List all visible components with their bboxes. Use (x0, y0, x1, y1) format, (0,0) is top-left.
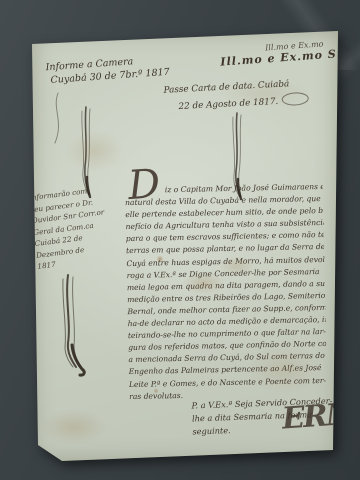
honorific-address: Ill.mo e Ex.mo Ill.mo e Ex.mo Snr. (219, 39, 324, 68)
top-left-annotation: Informe a Camera Cuyabá 30 de 7br.º 1817 (45, 53, 170, 88)
paraph-flourish-icon (280, 90, 311, 108)
erm-signature-flourish: ERM (281, 396, 358, 436)
dispatch-note: Passe Carta de data. Cuiabá 22 de Agosto… (163, 77, 310, 115)
manuscript-photo: Informe a Camera Cuyabá 30 de 7br.º 1817… (0, 0, 360, 480)
manuscript-paper: Informe a Camera Cuyabá 30 de 7br.º 1817… (32, 31, 338, 462)
margin-note: Informarão com seu parecer o Dr. Ouvidor… (28, 182, 121, 272)
petition-body: iz o Capitam Mor João José Guimaraens e … (125, 181, 328, 403)
dispatch-date: 22 de Agosto de 1817. (178, 97, 278, 112)
paper-shadow: Informe a Camera Cuyabá 30 de 7br.º 1817… (32, 31, 338, 462)
